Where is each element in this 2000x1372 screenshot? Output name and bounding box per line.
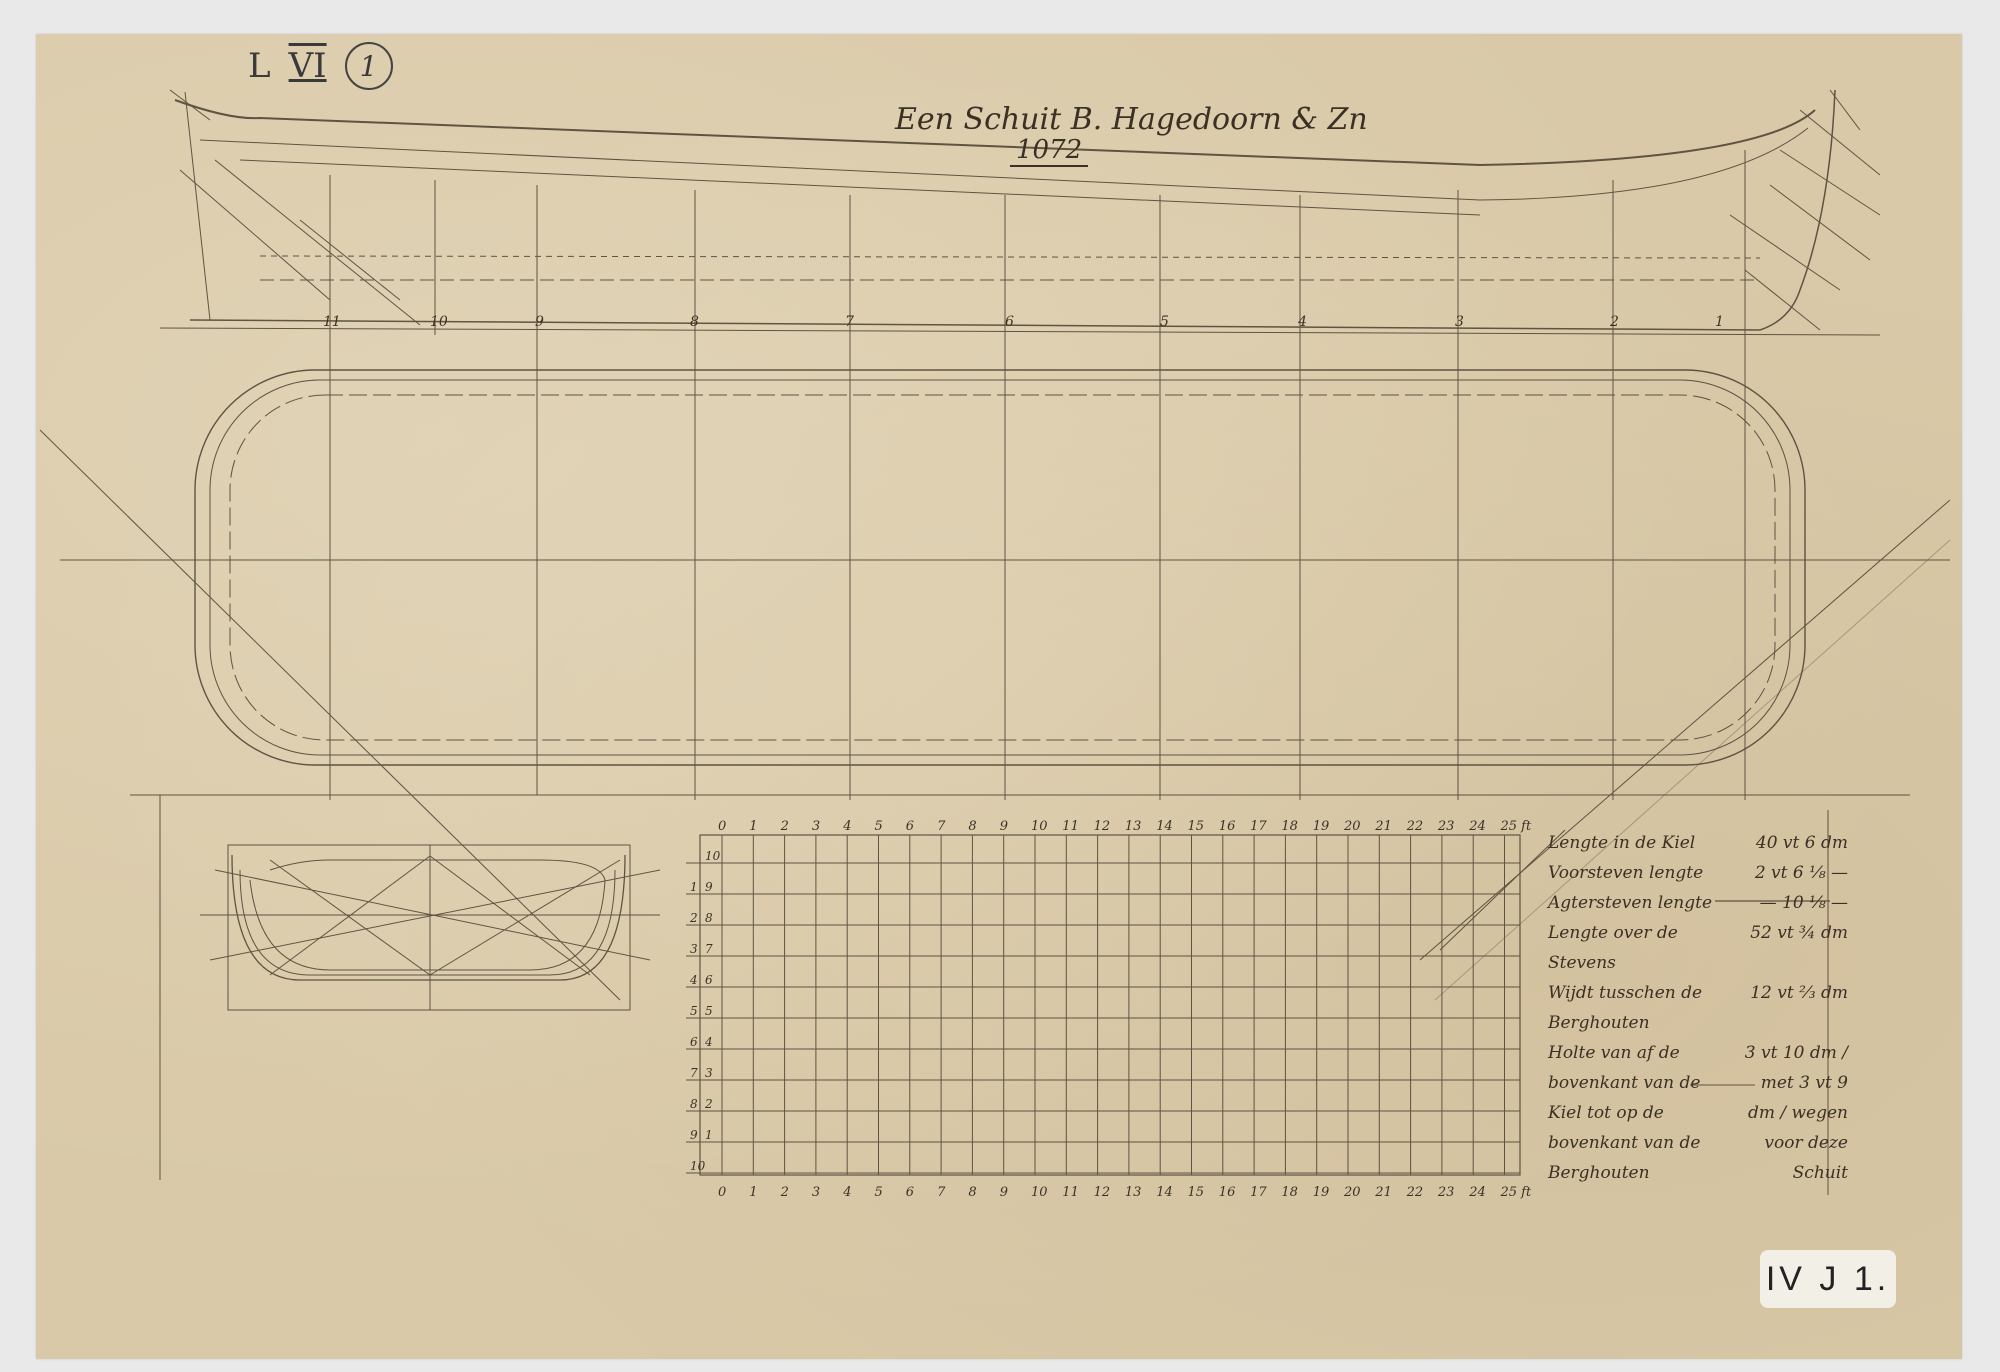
svg-text:12: 12 [1094, 819, 1111, 834]
svg-text:3: 3 [705, 1066, 713, 1080]
svg-text:0: 0 [718, 819, 726, 834]
svg-text:10: 10 [690, 1159, 706, 1173]
svg-text:6: 6 [705, 973, 713, 987]
svg-text:25 ft: 25 ft [1500, 819, 1532, 834]
svg-text:1: 1 [690, 880, 698, 894]
scale-grid [686, 830, 1565, 1175]
svg-text:2: 2 [780, 1185, 789, 1200]
spec-value: 12 vt ⅔ dm [1730, 978, 1848, 1038]
svg-text:14: 14 [1156, 819, 1173, 834]
svg-text:2: 2 [689, 911, 698, 925]
spec-row: Holte van af de bovenkant van de Kiel to… [1548, 1038, 1848, 1188]
svg-text:23: 23 [1437, 1185, 1455, 1200]
svg-text:13: 13 [1125, 1185, 1142, 1200]
spec-label: Holte van af de bovenkant van de Kiel to… [1548, 1038, 1730, 1188]
svg-text:25 ft: 25 ft [1500, 1185, 1532, 1200]
svg-text:3: 3 [1455, 314, 1464, 330]
spec-value: 52 vt ¾ dm [1730, 918, 1848, 978]
spec-value: 40 vt 6 dm [1730, 828, 1848, 858]
svg-text:7: 7 [937, 819, 946, 834]
svg-text:2: 2 [1609, 314, 1619, 330]
svg-text:8: 8 [968, 1185, 976, 1200]
svg-text:1: 1 [749, 819, 757, 834]
svg-text:22: 22 [1406, 819, 1424, 834]
svg-text:10: 10 [1031, 1185, 1048, 1200]
svg-text:8: 8 [705, 911, 713, 925]
spec-label: Wijdt tusschen de Berghouten [1548, 978, 1730, 1038]
svg-text:11: 11 [1062, 1185, 1079, 1200]
svg-text:4: 4 [842, 1185, 851, 1200]
spec-value: 3 vt 10 dm / met 3 vt 9 dm / wegen voor … [1730, 1038, 1848, 1188]
svg-text:5: 5 [875, 819, 883, 834]
svg-text:19: 19 [1313, 819, 1330, 834]
archive-corner-mark: L VI 1 [248, 42, 393, 90]
svg-text:6: 6 [906, 819, 914, 834]
svg-text:15: 15 [1188, 1185, 1205, 1200]
svg-text:8: 8 [968, 819, 976, 834]
corner-circled-number: 1 [345, 42, 393, 90]
svg-text:5: 5 [1160, 314, 1169, 330]
catalog-label: IV J 1. [1760, 1250, 1896, 1308]
svg-text:5: 5 [705, 1004, 713, 1018]
svg-text:3: 3 [690, 942, 698, 956]
svg-text:9: 9 [705, 880, 713, 894]
svg-text:10: 10 [430, 314, 448, 330]
svg-text:5: 5 [875, 1185, 883, 1200]
svg-text:19: 19 [1313, 1185, 1330, 1200]
svg-text:9: 9 [690, 1128, 698, 1142]
svg-text:4: 4 [1297, 314, 1307, 330]
body-plan [200, 845, 660, 1010]
svg-text:1: 1 [749, 1185, 757, 1200]
svg-text:23: 23 [1437, 819, 1455, 834]
spec-row: Lengte in de Kiel40 vt 6 dm [1548, 828, 1848, 858]
spec-value: — 10 ⅛ — [1730, 888, 1848, 918]
spec-row: Voorsteven lengte2 vt 6 ⅛ — [1548, 858, 1848, 888]
spec-label: Lengte over de Stevens [1548, 918, 1730, 978]
svg-text:6: 6 [906, 1185, 914, 1200]
spec-label: Voorsteven lengte [1548, 858, 1730, 888]
svg-text:9: 9 [1000, 1185, 1008, 1200]
spec-label: Lengte in de Kiel [1548, 828, 1730, 858]
drawing-year: 1072 [1010, 135, 1088, 167]
svg-text:4: 4 [704, 1035, 713, 1049]
svg-text:5: 5 [690, 1004, 698, 1018]
svg-text:4: 4 [842, 819, 851, 834]
spec-value: 2 vt 6 ⅛ — [1730, 858, 1848, 888]
svg-text:10: 10 [705, 849, 721, 863]
svg-text:2: 2 [704, 1097, 713, 1111]
svg-text:13: 13 [1125, 819, 1142, 834]
svg-text:8: 8 [690, 1097, 698, 1111]
spec-row: Agtersteven lengte— 10 ⅛ — [1548, 888, 1848, 918]
svg-text:17: 17 [1250, 1185, 1267, 1200]
specification-table: Lengte in de Kiel40 vt 6 dmVoorsteven le… [1548, 828, 1848, 1188]
svg-text:17: 17 [1250, 819, 1267, 834]
svg-text:8: 8 [690, 314, 699, 330]
svg-text:11: 11 [1062, 819, 1079, 834]
svg-text:21: 21 [1374, 819, 1392, 834]
svg-text:18: 18 [1281, 1185, 1298, 1200]
svg-text:9: 9 [535, 314, 544, 330]
svg-text:14: 14 [1156, 1185, 1173, 1200]
svg-text:7: 7 [845, 314, 854, 330]
svg-text:2: 2 [780, 819, 789, 834]
svg-text:24: 24 [1468, 1185, 1486, 1200]
spec-label: Agtersteven lengte [1548, 888, 1730, 918]
svg-text:7: 7 [937, 1185, 946, 1200]
svg-text:7: 7 [690, 1066, 698, 1080]
spec-row: Lengte over de Stevens52 vt ¾ dm [1548, 918, 1848, 978]
svg-text:20: 20 [1343, 1185, 1361, 1200]
svg-text:15: 15 [1188, 819, 1205, 834]
svg-text:0: 0 [718, 1185, 726, 1200]
svg-text:21: 21 [1374, 1185, 1392, 1200]
svg-text:1: 1 [1715, 314, 1724, 330]
svg-text:11: 11 [323, 314, 341, 330]
corner-roman: VI [289, 46, 327, 86]
spec-row: Wijdt tusschen de Berghouten12 vt ⅔ dm [1548, 978, 1848, 1038]
svg-text:3: 3 [812, 1185, 820, 1200]
svg-text:16: 16 [1219, 819, 1236, 834]
svg-text:4: 4 [689, 973, 698, 987]
svg-text:22: 22 [1406, 1185, 1424, 1200]
svg-text:3: 3 [812, 819, 820, 834]
svg-text:6: 6 [690, 1035, 698, 1049]
svg-text:10: 10 [1031, 819, 1048, 834]
svg-text:9: 9 [1000, 819, 1008, 834]
svg-text:7: 7 [705, 942, 713, 956]
svg-text:12: 12 [1094, 1185, 1111, 1200]
svg-text:24: 24 [1468, 819, 1486, 834]
svg-text:16: 16 [1219, 1185, 1236, 1200]
svg-text:1: 1 [705, 1128, 713, 1142]
svg-text:18: 18 [1281, 819, 1298, 834]
svg-text:20: 20 [1343, 819, 1361, 834]
svg-text:6: 6 [1005, 314, 1014, 330]
drawing-title: Een Schuit B. Hagedoorn & Zn [895, 102, 1368, 137]
corner-letter: L [248, 46, 271, 86]
